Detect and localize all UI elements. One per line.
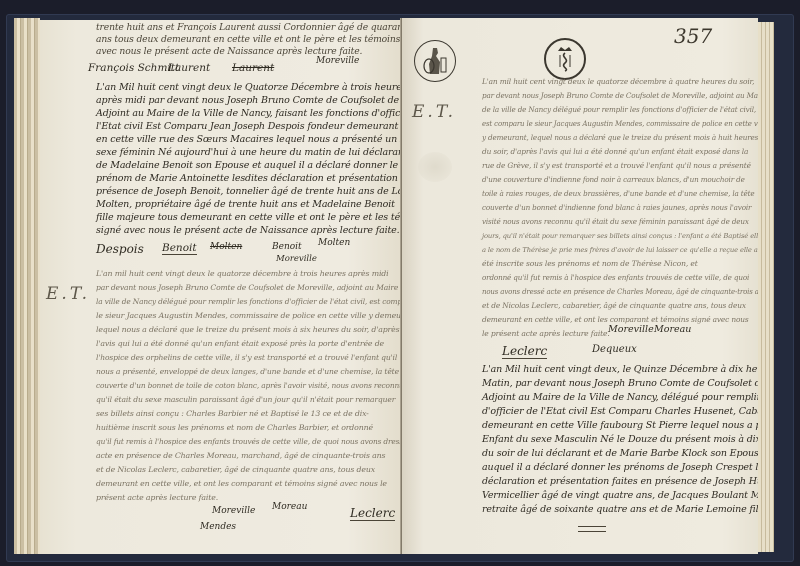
text-line: fille majeure tous demeurant en cette vi… [96,212,402,224]
text-line: le présent acte après lecture faite. [482,328,610,340]
signature: Leclerc [502,344,547,359]
signature: Despois [96,242,144,256]
text-line: Molten, propriétaire âgé de trente huit … [96,199,395,211]
text-line: Vermicellier âgé de vingt quatre ans, de… [482,490,758,502]
signature: Dequeux [592,344,637,355]
text-line: de Madelaine Benoit son Epouse et auquel… [96,160,398,172]
text-line: le sieur Jacques Augustin Mendes, commis… [96,310,402,322]
text-line: visité nous avons reconnu qu'il était du… [482,216,749,228]
text-line: signé avec nous le présent acte de Naiss… [96,225,400,237]
signature: François Schmitt [88,62,179,74]
faded-stamp [418,152,452,182]
end-of-entry-rule [578,526,606,532]
text-line: ans tous deux demeurant en cette ville e… [96,34,402,46]
text-line: et de Nicolas Leclerc, cabaretier, âgé d… [96,464,375,476]
text-line: toile à raies rouges, de deux brassières… [482,188,755,200]
signature: Moreau [272,502,307,512]
signature: Laurent [232,62,274,74]
text-line: ordonné qu'il fut remis à l'hospice des … [482,272,749,284]
text-line: demeurant en cette ville, et ont les com… [96,478,387,490]
text-line: en cette ville rue des Sœurs Macaires le… [96,134,402,146]
text-line: rue de Grève, il s'y est transporté et a… [482,160,751,172]
text-line: d'officier de l'Etat civil Est Comparu C… [482,406,758,418]
text-line: ses billets ainsi conçu : Charles Barbie… [96,408,369,420]
text-line: déclaration et présentation faites en pr… [482,476,758,488]
text-line: de la ville de Nancy délégué pour rempli… [482,104,756,116]
text-line: Matin, par devant nous Joseph Bruno Comt… [482,378,758,390]
text-line: a le nom de Thérèse je prie mes frères d… [482,244,758,256]
signature: Mendes [200,522,236,532]
text-line: trente huit ans et François Laurent auss… [96,22,402,34]
signature: Laurent [168,62,210,74]
signature: Molten [210,242,242,252]
text-line: L'an Mil huit cent vingt deux, le Quinze… [482,364,758,376]
signature: Moreville [316,56,359,66]
margin-annotation: E.T. [412,102,456,122]
left-page: trente huit ans et François Laurent auss… [40,20,402,554]
text-line: par devant nous Joseph Bruno Comte de Co… [96,282,402,294]
text-line: et de Nicolas Leclerc, cabaretier, âgé d… [482,300,746,312]
text-line: du soir de lui déclarant et de Marie Bar… [482,448,758,460]
text-line: L'an Mil huit cent vingt deux le Quatorz… [96,82,402,94]
left-page-edges [14,18,40,554]
text-line: L'an mil huit cent vingt deux le quatorz… [482,76,754,88]
crowned-monogram-seal-icon [544,38,586,80]
text-line: été inscrite sous les prénoms et nom de … [482,258,698,270]
signature: Benoit [162,242,197,255]
text-line: retraite âgé de soixante quatre ans et d… [482,504,758,516]
text-line: nous a présenté, enveloppé de deux lange… [96,366,399,378]
signature: Moreville [608,324,654,335]
signature: Moreville [276,254,317,264]
text-line: qu'il fut remis à l'hospice des enfants … [96,436,402,448]
text-line: Enfant du sexe Masculin Né le Douze du p… [482,434,758,446]
text-line: est comparu le sieur Jacques Augustin Me… [482,118,758,130]
signature: Molten [318,238,350,248]
page-number: 357 [674,24,712,48]
text-line: sexe féminin Né aujourd'hui à une heure … [96,147,402,159]
right-page: 357 E.T. L'an mil huit cent vingt deux l… [402,18,758,554]
text-line: Adjoint au Maire de la Ville de Nancy, d… [482,392,758,404]
text-line: auquel il a déclaré donner les prénoms d… [482,462,758,474]
text-line: présent acte après lecture faite. [96,492,218,504]
text-line: l'hospice des orphelins de cette ville, … [96,352,397,364]
text-line: l'avis qui lui a été donné qu'un enfant … [96,338,384,350]
text-line: acte en présence de Charles Moreau, marc… [96,450,385,462]
text-line: y demeurant, lequel nous a déclaré que l… [482,132,758,144]
margin-annotation: E.T. [46,284,90,304]
text-line: l'Etat civil Est Comparu Jean Joseph Des… [96,121,398,133]
text-line: qu'il était du sexe masculin paraissant … [96,394,395,406]
text-line: couverte d'un bonnet de toile de coton b… [96,380,402,392]
text-line: jours, qu'il n'était pour remarquer ses … [482,230,758,242]
text-line: après midi par devant nous Joseph Bruno … [96,95,402,107]
signature: Benoit [272,242,302,252]
signature: Leclerc [350,506,395,521]
signature: Moreville [212,506,255,516]
text-line: lequel nous a déclaré que le treize du p… [96,324,399,336]
text-line: couverte d'un bonnet d'indienne fond bla… [482,202,751,214]
text-line: demeurant en cette Ville faubourg St Pie… [482,420,758,432]
text-line: prénom de Marie Antoinette lesdites décl… [96,173,402,185]
text-line: présence de Joseph Benoit, tonnelier âgé… [96,186,402,198]
text-line: nous avons dressé acte en présence de Ch… [482,286,758,298]
text-line: d'une couverture d'indienne fond noir à … [482,174,745,186]
minerva-seal-icon [414,40,456,82]
right-page-edges [758,22,774,552]
text-line: Adjoint au Maire de la Ville de Nancy, f… [96,108,402,120]
text-line: la ville de Nancy délégué pour remplir l… [96,296,402,308]
text-line: huitième inscrit sous les prénoms et nom… [96,422,373,434]
text-line: par devant nous Joseph Bruno Comte de Co… [482,90,758,102]
signature: Moreau [654,324,691,335]
text-line: L'an mil huit cent vingt deux le quatorz… [96,268,388,280]
text-line: du soir, d'après l'avis qui lui a été do… [482,146,748,158]
